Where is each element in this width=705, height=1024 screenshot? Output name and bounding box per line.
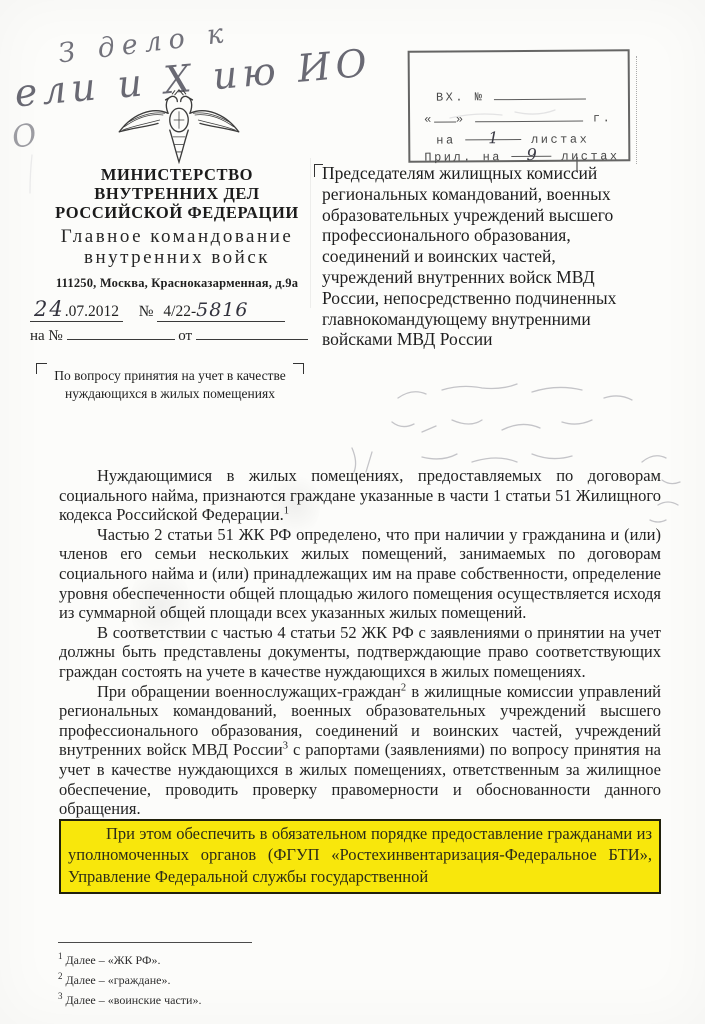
body-paragraph-4: При обращении военнослужащих-граждан2 в … (59, 682, 661, 819)
ministry-line: МИНИСТЕРСТВО (26, 165, 328, 184)
stamp-year-suffix: г. (593, 111, 613, 125)
ministry-line: ВНУТРЕННИХ ДЕЛ (26, 184, 328, 203)
subject-text: По вопросу принятия на учет в качестве н… (54, 368, 286, 401)
paragraph-text: При обращении военнослужащих-граждан (97, 682, 401, 701)
footnote-divider (58, 942, 252, 943)
ref-on-label: на № (30, 328, 63, 344)
ministry-line: РОССИЙСКОЙ ФЕДЕРАЦИИ (26, 203, 328, 222)
body-paragraph-1: Нуждающимися в жилых помещениях, предост… (59, 466, 661, 525)
footnote-number: 1 (58, 951, 63, 961)
footnote-text: Далее – «ЖК РФ». (66, 953, 161, 967)
footnote-number: 2 (58, 971, 63, 981)
scan-fold-line (310, 158, 311, 308)
footnote-text: Далее – «воинские части». (66, 993, 202, 1007)
stamp-attachments-row: Прил. на 9 листах (424, 144, 619, 164)
stamp-day-blank (434, 110, 456, 122)
letter-body: Нуждающимися в жилых помещениях, предост… (59, 466, 661, 894)
ref-on-blank (67, 326, 175, 340)
command-line: Главное командование (26, 226, 328, 247)
handwritten-note-line3: О (9, 115, 50, 156)
command-line: внутренних войск (26, 247, 328, 268)
scan-artifact-strip (636, 56, 637, 164)
incoming-stamp: ВХ. № «» г. на 1 листах Прил. на 9 листа… (408, 49, 631, 163)
close-quote: » (456, 112, 466, 126)
corner-bracket-icon (314, 164, 323, 177)
org-address: 111250, Москва, Краснoказарменная, д.9а (26, 276, 328, 291)
corner-bracket-icon (36, 363, 47, 374)
footnote-item: 2 Далее – «граждане». (58, 968, 252, 988)
handwritten-day: 24 (34, 297, 65, 321)
subject-box: По вопросу принятия на учет в качестве н… (36, 363, 304, 408)
footnote-text: Далее – «граждане». (66, 973, 171, 987)
handwritten-attachment-count: 9 (526, 145, 536, 164)
scan-smudge (130, 560, 190, 650)
stamp-inbox-row: ВХ. № (436, 88, 586, 105)
corner-bracket-icon (293, 363, 304, 374)
mvd-eagle-emblem (116, 88, 242, 173)
footnote-item: 1 Далее – «ЖК РФ». (58, 948, 252, 968)
date-printed: .07.2012 (65, 303, 119, 320)
date-number-line: 24.07.2012 № 4/22-5816 (30, 297, 325, 322)
stamp-attach-suffix: листах (561, 149, 619, 163)
addressee-text: Председателям жилищных комиссий регионал… (322, 163, 616, 349)
paragraph-text: Нуждающимися в жилых помещениях, предост… (59, 466, 661, 524)
stamp-month-blank (475, 110, 583, 123)
stamp-sheets-blank: 1 (465, 128, 521, 140)
footnote-number: 3 (58, 991, 63, 1001)
scanned-letter-page: З дело к ели и Х ию ИО О МИНИСТЕРС (0, 0, 705, 1024)
reference-line: на № от (30, 326, 308, 345)
ref-from-blank (196, 326, 308, 340)
highlighted-paragraph: При этом обеспечить в обязательном поряд… (59, 819, 661, 895)
stamp-inbox-blank (494, 88, 586, 101)
stamp-inbox-label: ВХ. № (436, 90, 485, 104)
footnote-item: 3 Далее – «воинские части». (58, 988, 252, 1008)
addressee-block: Председателям жилищных комиссий регионал… (322, 163, 627, 350)
stamp-attach-blank: 9 (512, 145, 552, 157)
command-title: Главное командование внутренних войск (26, 226, 328, 268)
number-prefix: 4/22- (163, 303, 196, 320)
eagle-icon (116, 88, 242, 168)
ministry-title: МИНИСТЕРСТВО ВНУТРЕННИХ ДЕЛ РОССИЙСКОЙ Ф… (26, 165, 328, 222)
number-underline: 4/22-5816 (157, 299, 285, 322)
scan-smudge (270, 470, 320, 540)
date-underline: 24.07.2012 (30, 297, 123, 322)
handwritten-number: 5816 (196, 299, 248, 321)
number-sign: № (139, 303, 154, 320)
ref-from-label: от (178, 328, 192, 344)
stamp-date-row: «» г. (424, 109, 612, 126)
open-quote: « (424, 113, 434, 127)
footnotes-block: 1 Далее – «ЖК РФ». 2 Далее – «граждане».… (58, 942, 252, 1008)
